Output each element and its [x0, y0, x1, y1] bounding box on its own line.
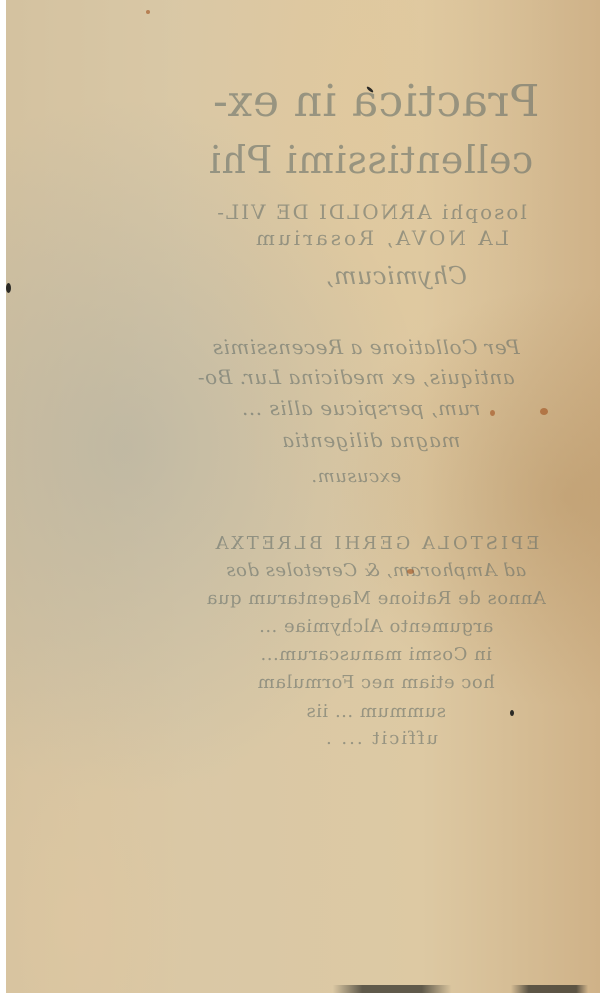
bleed-subtitle-line-4: magna diligentia	[256, 428, 486, 452]
bleed-subtitle-line-2: antiquis, ex medicina Lur. Bo-	[166, 365, 546, 389]
foxing-stain	[146, 10, 150, 14]
bleed-title-line-5: Chymicum,	[286, 262, 506, 290]
bleed-epistola-line-8: ufficit ... .	[266, 728, 496, 749]
bleed-subtitle-line-1: Per Collatione a Recenssimis	[176, 335, 556, 359]
bleed-epistola-line-4: argumento Alchymiae ...	[186, 616, 566, 637]
bleed-title-line-4: LA NOVA, Rosarium	[216, 226, 546, 250]
bleed-subtitle-line-3: rum, perspicue allis ...	[196, 396, 526, 420]
bleed-title-line-2: cellentissimi Phi	[186, 138, 556, 182]
foxing-stain	[490, 410, 495, 416]
scanned-page: Practica in ex- cellentissimi Phi losoph…	[6, 0, 600, 993]
bleed-title-line-1: Practica in ex-	[196, 76, 556, 127]
foxing-stain	[540, 408, 548, 415]
foxing-stain	[407, 569, 414, 574]
bleed-epistola-line-5: in Cosmi manuscarum...	[186, 644, 566, 665]
ink-speck	[6, 283, 11, 293]
bleed-epistola-line-1: EPISTOLA GERHI BLRETXA	[186, 533, 566, 554]
bleed-epistola-line-6: hoc etiam nec Formulam	[186, 672, 566, 693]
ink-speck	[510, 710, 514, 716]
bleed-subtitle-line-5: excusum.	[296, 466, 416, 487]
bleed-epistola-line-7: summum ... iis	[206, 701, 546, 722]
bleed-title-line-3: losophi ARNOLDI DE VIL-	[186, 200, 556, 224]
bleed-epistola-line-2: ad Amphoram, & Ceretoles dos	[186, 560, 566, 581]
bleed-epistola-line-3: Annos de Ratione Magentarum qua	[186, 588, 566, 609]
